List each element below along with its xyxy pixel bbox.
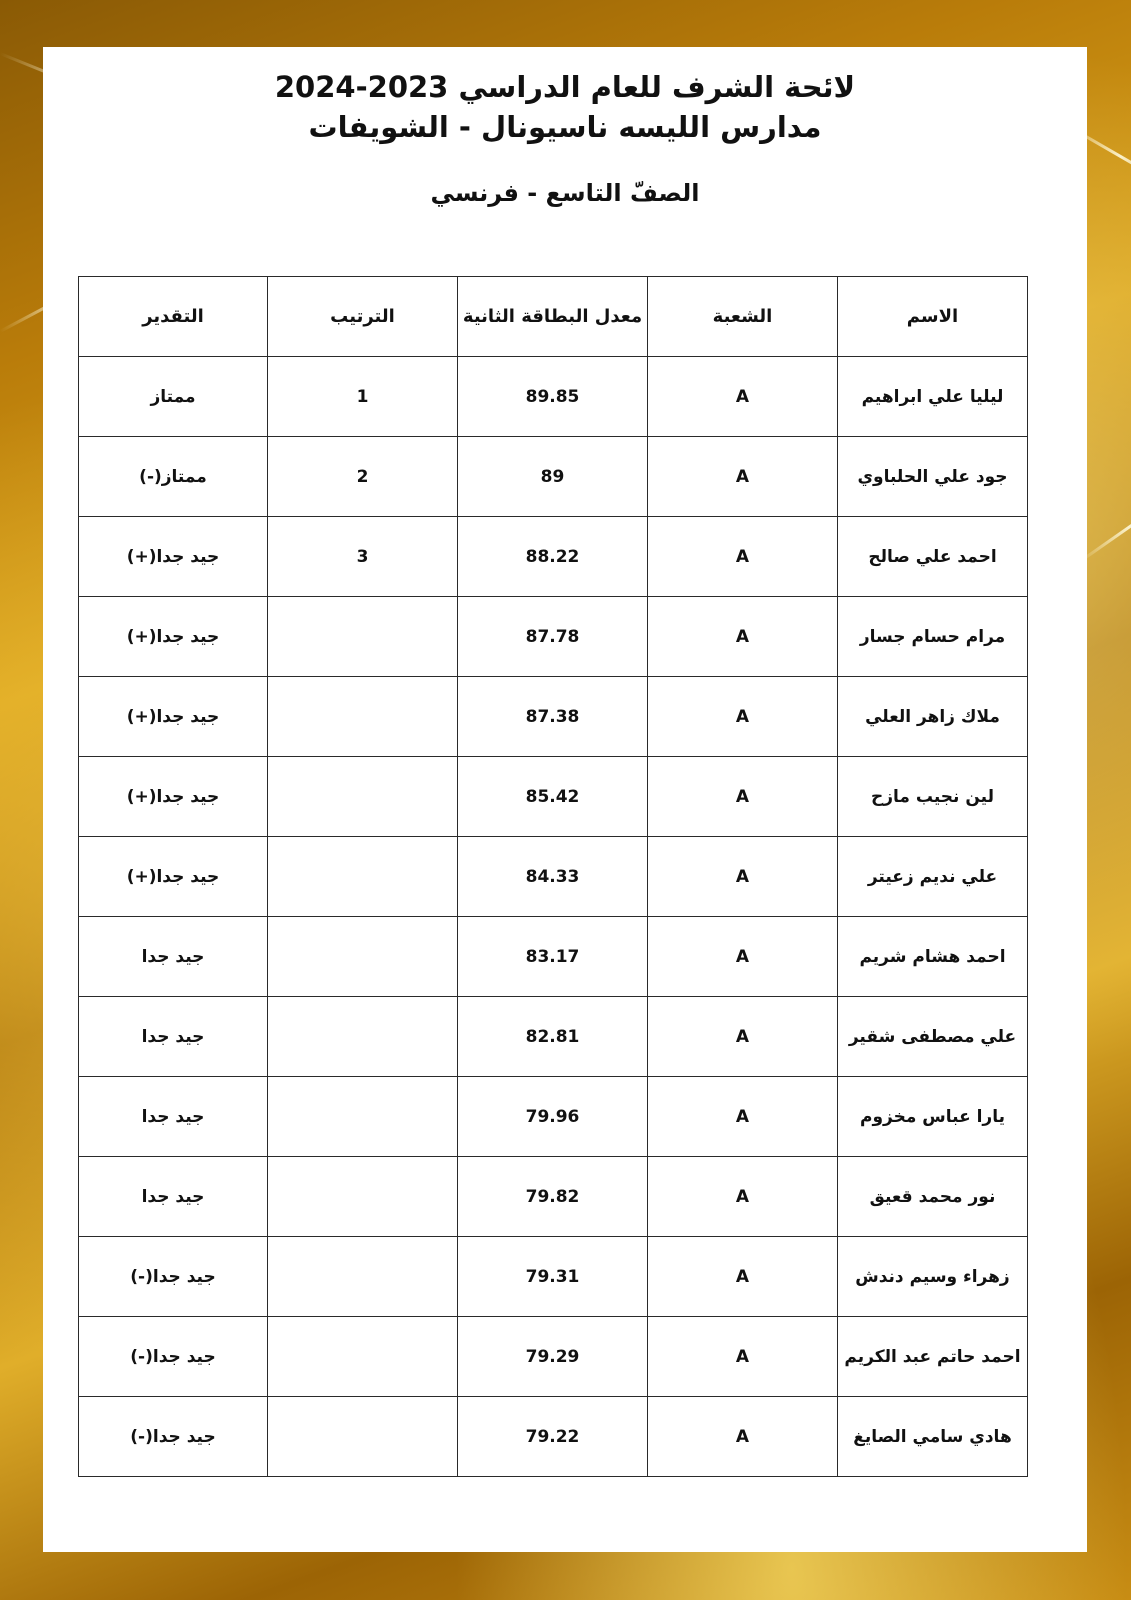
section-cell-text: A <box>736 1107 749 1127</box>
average-cell-text: 84.33 <box>526 867 580 887</box>
student-name-text: هادي سامي الصايغ <box>853 1427 1011 1447</box>
section-cell: A <box>648 1317 838 1397</box>
table-row: احمد هشام شريمA83.17جيد جدا <box>79 917 1028 997</box>
section-cell: A <box>648 437 838 517</box>
section-cell-text: A <box>736 1027 749 1047</box>
section-cell-text: A <box>736 627 749 647</box>
average-cell-text: 85.42 <box>526 787 580 807</box>
grade-cell: جيد جدا <box>79 997 268 1077</box>
student-name: احمد علي صالح <box>838 517 1028 597</box>
average-cell-text: 79.22 <box>526 1427 580 1447</box>
student-name: علي مصطفى شقير <box>838 997 1028 1077</box>
grade-cell: جيد جدا(+) <box>79 837 268 917</box>
average-cell-text: 87.38 <box>526 707 580 727</box>
grade-cell: جيد جدا(-) <box>79 1317 268 1397</box>
section-cell: A <box>648 1397 838 1477</box>
student-name: زهراء وسيم دندش <box>838 1237 1028 1317</box>
section-cell: A <box>648 837 838 917</box>
student-name: يارا عباس مخزوم <box>838 1077 1028 1157</box>
student-name: لين نجيب مازح <box>838 757 1028 837</box>
section-cell-text: A <box>736 387 749 407</box>
table-row: مرام حسام جسارA87.78جيد جدا(+) <box>79 597 1028 677</box>
average-cell: 87.38 <box>458 677 648 757</box>
grade-cell: جيد جدا <box>79 1157 268 1237</box>
student-name-text: احمد حاتم عبد الكريم <box>844 1347 1020 1367</box>
section-cell: A <box>648 917 838 997</box>
document-title: لائحة الشرف للعام الدراسي 2023-2024 <box>43 67 1087 107</box>
table-row: احمد علي صالحA88.223جيد جدا(+) <box>79 517 1028 597</box>
grade-cell-text: ممتاز <box>150 387 195 407</box>
section-cell-text: A <box>736 867 749 887</box>
rank-cell-text: 2 <box>357 467 369 487</box>
average-cell: 85.42 <box>458 757 648 837</box>
rank-cell <box>268 1077 458 1157</box>
grade-cell: جيد جدا(+) <box>79 517 268 597</box>
table-row: ليليا علي ابراهيمA89.851ممتاز <box>79 357 1028 437</box>
table-row: زهراء وسيم دندشA79.31جيد جدا(-) <box>79 1237 1028 1317</box>
table-row: ملاك زاهر العليA87.38جيد جدا(+) <box>79 677 1028 757</box>
section-cell-text: A <box>736 467 749 487</box>
grade-cell: ممتاز <box>79 357 268 437</box>
grade-cell: جيد جدا <box>79 1077 268 1157</box>
class-subtitle: الصفّ التاسع - فرنسي <box>43 173 1087 213</box>
average-cell-text: 82.81 <box>526 1027 580 1047</box>
average-cell-text: 89 <box>541 467 565 487</box>
section-cell: A <box>648 597 838 677</box>
section-cell: A <box>648 1157 838 1237</box>
average-cell-text: 79.31 <box>526 1267 580 1287</box>
grade-cell-text: جيد جدا <box>142 1187 205 1207</box>
section-cell: A <box>648 677 838 757</box>
student-name-text: احمد هشام شريم <box>859 947 1005 967</box>
average-cell-text: 87.78 <box>526 627 580 647</box>
average-cell: 89 <box>458 437 648 517</box>
school-name: مدارس الليسه ناسيونال - الشويفات <box>43 107 1087 147</box>
student-name: مرام حسام جسار <box>838 597 1028 677</box>
average-cell: 79.29 <box>458 1317 648 1397</box>
section-cell: A <box>648 757 838 837</box>
grade-cell-text: جيد جدا(+) <box>127 707 220 727</box>
student-name: جود علي الحلباوي <box>838 437 1028 517</box>
grade-cell: جيد جدا(-) <box>79 1397 268 1477</box>
column-header-section: الشعبة <box>648 277 838 357</box>
average-cell-text: 79.82 <box>526 1187 580 1207</box>
section-cell-text: A <box>736 1427 749 1447</box>
average-cell-text: 79.29 <box>526 1347 580 1367</box>
section-cell-text: A <box>736 947 749 967</box>
grade-cell: جيد جدا <box>79 917 268 997</box>
section-cell: A <box>648 1077 838 1157</box>
student-name-text: زهراء وسيم دندش <box>855 1267 1009 1287</box>
average-cell: 87.78 <box>458 597 648 677</box>
grade-cell-text: جيد جدا <box>142 947 205 967</box>
average-cell: 79.96 <box>458 1077 648 1157</box>
section-cell: A <box>648 357 838 437</box>
grade-cell: جيد جدا(+) <box>79 597 268 677</box>
student-name-text: نور محمد قعيق <box>870 1187 996 1207</box>
rank-cell <box>268 677 458 757</box>
average-cell: 84.33 <box>458 837 648 917</box>
table-row: هادي سامي الصايغA79.22جيد جدا(-) <box>79 1397 1028 1477</box>
table-header-row: الاسم الشعبة معدل البطاقة الثانية الترتي… <box>79 277 1028 357</box>
rank-cell <box>268 1317 458 1397</box>
section-cell: A <box>648 997 838 1077</box>
average-cell: 79.82 <box>458 1157 648 1237</box>
grade-cell-text: جيد جدا(+) <box>127 627 220 647</box>
rank-cell <box>268 1157 458 1237</box>
student-name-text: مرام حسام جسار <box>860 627 1005 647</box>
student-name: نور محمد قعيق <box>838 1157 1028 1237</box>
grade-cell-text: جيد جدا(+) <box>127 547 220 567</box>
grade-cell-text: جيد جدا(+) <box>127 787 220 807</box>
honor-roll-table: الاسم الشعبة معدل البطاقة الثانية الترتي… <box>78 276 1028 1477</box>
student-name-text: جود علي الحلباوي <box>857 467 1007 487</box>
rank-cell: 3 <box>268 517 458 597</box>
average-cell: 83.17 <box>458 917 648 997</box>
rank-cell-text: 3 <box>357 547 369 567</box>
student-name-text: يارا عباس مخزوم <box>860 1107 1005 1127</box>
section-cell: A <box>648 517 838 597</box>
section-cell-text: A <box>736 707 749 727</box>
average-cell-text: 79.96 <box>526 1107 580 1127</box>
average-cell-text: 83.17 <box>526 947 580 967</box>
student-name-text: علي مصطفى شقير <box>849 1027 1016 1047</box>
average-cell-text: 89.85 <box>526 387 580 407</box>
average-cell: 89.85 <box>458 357 648 437</box>
student-name-text: علي نديم زعيتر <box>868 867 997 887</box>
grade-cell: ممتاز(-) <box>79 437 268 517</box>
average-cell: 82.81 <box>458 997 648 1077</box>
rank-cell: 2 <box>268 437 458 517</box>
section-cell-text: A <box>736 547 749 567</box>
rank-cell <box>268 997 458 1077</box>
rank-cell: 1 <box>268 357 458 437</box>
grade-cell: جيد جدا(+) <box>79 757 268 837</box>
section-cell-text: A <box>736 1347 749 1367</box>
student-name: ليليا علي ابراهيم <box>838 357 1028 437</box>
student-name-text: ليليا علي ابراهيم <box>862 387 1004 407</box>
student-name: احمد حاتم عبد الكريم <box>838 1317 1028 1397</box>
student-name: هادي سامي الصايغ <box>838 1397 1028 1477</box>
student-name: علي نديم زعيتر <box>838 837 1028 917</box>
rank-cell <box>268 1397 458 1477</box>
rank-cell <box>268 597 458 677</box>
table-row: نور محمد قعيقA79.82جيد جدا <box>79 1157 1028 1237</box>
student-name: احمد هشام شريم <box>838 917 1028 997</box>
column-header-rank: الترتيب <box>268 277 458 357</box>
rank-cell <box>268 917 458 997</box>
average-cell: 79.31 <box>458 1237 648 1317</box>
average-cell: 88.22 <box>458 517 648 597</box>
column-header-name: الاسم <box>838 277 1028 357</box>
student-name-text: ملاك زاهر العلي <box>865 707 1000 727</box>
grade-cell-text: جيد جدا <box>142 1027 205 1047</box>
table-row: جود علي الحلباويA892ممتاز(-) <box>79 437 1028 517</box>
table-row: احمد حاتم عبد الكريمA79.29جيد جدا(-) <box>79 1317 1028 1397</box>
rank-cell <box>268 757 458 837</box>
table-row: يارا عباس مخزومA79.96جيد جدا <box>79 1077 1028 1157</box>
section-cell-text: A <box>736 787 749 807</box>
average-cell: 79.22 <box>458 1397 648 1477</box>
section-cell-text: A <box>736 1267 749 1287</box>
rank-cell-text: 1 <box>357 387 369 407</box>
grade-cell-text: جيد جدا(-) <box>130 1427 215 1447</box>
table-row: لين نجيب مازحA85.42جيد جدا(+) <box>79 757 1028 837</box>
student-name-text: احمد علي صالح <box>868 547 996 567</box>
column-header-average: معدل البطاقة الثانية <box>458 277 648 357</box>
table-row: علي مصطفى شقيرA82.81جيد جدا <box>79 997 1028 1077</box>
table-row: علي نديم زعيترA84.33جيد جدا(+) <box>79 837 1028 917</box>
student-name: ملاك زاهر العلي <box>838 677 1028 757</box>
grade-cell-text: جيد جدا(+) <box>127 867 220 887</box>
student-name-text: لين نجيب مازح <box>871 787 994 807</box>
grade-cell: جيد جدا(+) <box>79 677 268 757</box>
rank-cell <box>268 837 458 917</box>
grade-cell-text: ممتاز(-) <box>139 467 207 487</box>
section-cell-text: A <box>736 1187 749 1207</box>
average-cell-text: 88.22 <box>526 547 580 567</box>
honor-roll-document: لائحة الشرف للعام الدراسي 2023-2024 مدار… <box>43 47 1087 1552</box>
grade-cell-text: جيد جدا(-) <box>130 1267 215 1287</box>
grade-cell-text: جيد جدا(-) <box>130 1347 215 1367</box>
column-header-grade: التقدير <box>79 277 268 357</box>
grade-cell: جيد جدا(-) <box>79 1237 268 1317</box>
table-body: ليليا علي ابراهيمA89.851ممتازجود علي الح… <box>79 357 1028 1477</box>
grade-cell-text: جيد جدا <box>142 1107 205 1127</box>
rank-cell <box>268 1237 458 1317</box>
section-cell: A <box>648 1237 838 1317</box>
